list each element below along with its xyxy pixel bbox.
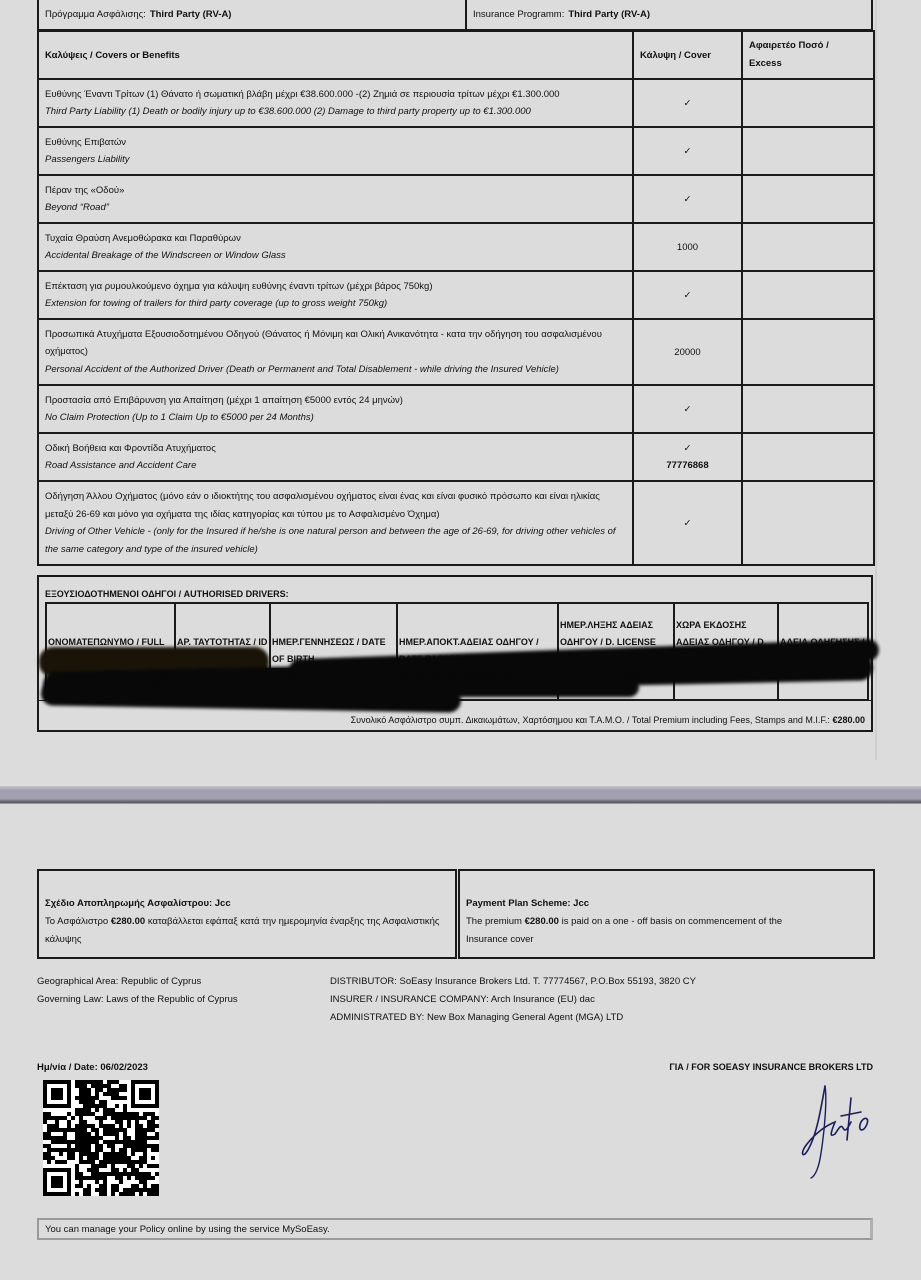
cover-row: Επέκταση για ρυμουλκούμενο όχημα για κάλ…	[38, 271, 874, 319]
cover-english: Driving of Other Vehicle - (only for the…	[45, 523, 626, 558]
administrated-by: ADMINISTRATED BY: New Box Managing Gener…	[330, 1009, 696, 1027]
cover-value: ✓	[633, 271, 742, 319]
cover-description: Ευθύνης Έναντι Τρίτων (1) Θάνατο ή σωματ…	[38, 79, 633, 127]
company-info: DISTRIBUTOR: SoEasy Insurance Brokers Lt…	[330, 973, 696, 1027]
cover-extra-text: 77776868	[640, 457, 735, 474]
header-benefits: Καλύψεις / Covers or Benefits	[38, 31, 633, 79]
covers-table: Καλύψεις / Covers or Benefits Κάλυψη / C…	[37, 30, 875, 566]
cover-value-text: ✓	[640, 287, 735, 304]
cover-row: Προσωπικά Ατυχήματα Εξουσιοδοτημένου Οδη…	[38, 319, 874, 385]
cover-value: ✓	[633, 385, 742, 433]
cover-value: ✓	[633, 79, 742, 127]
cover-description: Οδήγηση Άλλου Οχήματος (μόνο εάν ο ιδιοκ…	[38, 481, 633, 565]
excess-value	[742, 271, 874, 319]
cover-value-text: ✓	[640, 95, 735, 112]
cover-value-text: ✓	[640, 143, 735, 160]
cover-row: Οδήγηση Άλλου Οχήματος (μόνο εάν ο ιδιοκ…	[38, 481, 874, 565]
cover-description: Επέκταση για ρυμουλκούμενο όχημα για κάλ…	[38, 271, 633, 319]
cover-greek: Οδική Βοήθεια και Φροντίδα Ατυχήματος	[45, 440, 626, 458]
cover-greek: Οδήγηση Άλλου Οχήματος (μόνο εάν ο ιδιοκ…	[45, 488, 626, 523]
header-cover: Κάλυψη / Cover	[633, 31, 742, 79]
cover-english: Passengers Liability	[45, 151, 626, 169]
jurisdiction-info: Geographical Area: Republic of Cyprus Go…	[37, 973, 238, 1009]
excess-value	[742, 127, 874, 175]
cover-row: Προστασία από Επιβάρυνση για Απαίτηση (μ…	[38, 385, 874, 433]
cover-value-text: ✓	[640, 191, 735, 208]
cover-greek: Ευθύνης Επιβατών	[45, 134, 626, 152]
cover-english: No Claim Protection (Up to 1 Claim Up to…	[45, 409, 626, 427]
excess-value	[742, 481, 874, 565]
cover-value-text: 1000	[640, 239, 735, 256]
payment-en-text: The premium €280.00 is paid on a one - o…	[466, 913, 826, 949]
signature-label: ΓΙΑ / FOR SOEASY INSURANCE BROKERS LTD	[669, 1062, 873, 1072]
payment-en-amount: €280.00	[525, 916, 559, 927]
cover-value: ✓	[633, 175, 742, 223]
geographical-area: Geographical Area: Republic of Cyprus	[37, 973, 238, 991]
cover-english: Road Assistance and Accident Care	[45, 457, 626, 475]
total-premium-label: Συνολικό Ασφάλιστρο συμπ. Δικαιωμάτων, Χ…	[351, 715, 830, 725]
header-excess: Αφαιρετέο Ποσό / Excess	[742, 31, 874, 79]
cover-value: ✓ 77776868	[633, 433, 742, 481]
payment-gr-text: Το Ασφάλιστρο €280.00 καταβάλλεται εφάπα…	[45, 913, 455, 949]
cover-greek: Προσωπικά Ατυχήματα Εξουσιοδοτημένου Οδη…	[45, 326, 626, 361]
program-greek: Πρόγραμμα Ασφάλισης: Third Party (RV-A)	[39, 0, 467, 29]
program-en-label: Insurance Programm:	[473, 9, 564, 20]
excess-value	[742, 319, 874, 385]
cover-english: Personal Accident of the Authorized Driv…	[45, 361, 626, 379]
cover-english: Third Party Liability (1) Death or bodil…	[45, 103, 626, 121]
payment-en-pre: The premium	[466, 916, 522, 927]
payment-gr-pre: Το Ασφάλιστρο	[45, 916, 108, 927]
payment-gr-title: Σχέδιο Αποπληρωμής Ασφαλίστρου: Jcc	[45, 895, 455, 913]
cover-greek: Ευθύνης Έναντι Τρίτων (1) Θάνατο ή σωματ…	[45, 86, 626, 104]
drivers-title: ΕΞΟΥΣΙΟΔΟΤΗΜΕΝΟΙ ΟΔΗΓΟΙ / AUTHORISED DRI…	[45, 589, 289, 599]
mysoeasy-notice: You can manage your Policy online by usi…	[37, 1218, 873, 1240]
cover-row: Ευθύνης Έναντι Τρίτων (1) Θάνατο ή σωματ…	[38, 79, 874, 127]
program-english: Insurance Programm: Third Party (RV-A)	[467, 0, 650, 29]
excess-value	[742, 79, 874, 127]
cover-description: Προσωπικά Ατυχήματα Εξουσιοδοτημένου Οδη…	[38, 319, 633, 385]
payment-plan-english: Payment Plan Scheme: Jcc The premium €28…	[458, 869, 875, 959]
page-break-divider	[0, 786, 921, 804]
cover-description: Τυχαία Θραύση Ανεμοθώρακα και Παραθύρων …	[38, 223, 633, 271]
issue-date: Ημ/νία / Date: 06/02/2023	[37, 1062, 148, 1073]
excess-line2: Excess	[749, 58, 782, 69]
excess-value	[742, 385, 874, 433]
cover-row: Ευθύνης Επιβατών Passengers Liability ✓	[38, 127, 874, 175]
cover-value: 1000	[633, 223, 742, 271]
insurance-program-row: Πρόγραμμα Ασφάλισης: Third Party (RV-A) …	[37, 0, 873, 31]
payment-gr-amount: €280.00	[111, 916, 145, 927]
total-premium: Συνολικό Ασφάλιστρο συμπ. Δικαιωμάτων, Χ…	[351, 715, 865, 725]
cover-description: Ευθύνης Επιβατών Passengers Liability	[38, 127, 633, 175]
signature-icon	[795, 1078, 885, 1180]
cover-description: Προστασία από Επιβάρυνση για Απαίτηση (μ…	[38, 385, 633, 433]
governing-law: Governing Law: Laws of the Republic of C…	[37, 991, 238, 1009]
distributor: DISTRIBUTOR: SoEasy Insurance Brokers Lt…	[330, 973, 696, 991]
total-premium-value: €280.00	[832, 715, 865, 725]
cover-description: Πέραν της «Οδού» Beyond “Road”	[38, 175, 633, 223]
program-gr-label: Πρόγραμμα Ασφάλισης:	[45, 9, 146, 20]
excess-value	[742, 223, 874, 271]
cover-english: Beyond “Road”	[45, 199, 626, 217]
payment-plan-greek: Σχέδιο Αποπληρωμής Ασφαλίστρου: Jcc Το Α…	[37, 869, 457, 959]
cover-value-text: 20000	[640, 344, 735, 361]
cover-row: Τυχαία Θραύση Ανεμοθώρακα και Παραθύρων …	[38, 223, 874, 271]
cover-greek: Πέραν της «Οδού»	[45, 182, 626, 200]
excess-line1: Αφαιρετέο Ποσό /	[749, 40, 829, 51]
cover-value: 20000	[633, 319, 742, 385]
cover-english: Extension for towing of trailers for thi…	[45, 295, 626, 313]
program-gr-value: Third Party (RV-A)	[150, 9, 232, 20]
insurer: INSURER / INSURANCE COMPANY: Arch Insura…	[330, 991, 696, 1009]
cover-value: ✓	[633, 127, 742, 175]
qr-code-icon	[43, 1080, 159, 1196]
cover-value-text: ✓	[640, 440, 735, 457]
cover-greek: Προστασία από Επιβάρυνση για Απαίτηση (μ…	[45, 392, 626, 410]
cover-greek: Επέκταση για ρυμουλκούμενο όχημα για κάλ…	[45, 278, 626, 296]
payment-en-title: Payment Plan Scheme: Jcc	[466, 895, 873, 913]
cover-description: Οδική Βοήθεια και Φροντίδα Ατυχήματος Ro…	[38, 433, 633, 481]
cover-value: ✓	[633, 481, 742, 565]
cover-row: Πέραν της «Οδού» Beyond “Road” ✓	[38, 175, 874, 223]
excess-value	[742, 175, 874, 223]
cover-value-text: ✓	[640, 401, 735, 418]
excess-value	[742, 433, 874, 481]
covers-header-row: Καλύψεις / Covers or Benefits Κάλυψη / C…	[38, 31, 874, 79]
redaction-mark	[159, 677, 639, 697]
program-en-value: Third Party (RV-A)	[568, 9, 650, 20]
cover-greek: Τυχαία Θραύση Ανεμοθώρακα και Παραθύρων	[45, 230, 626, 248]
cover-row: Οδική Βοήθεια και Φροντίδα Ατυχήματος Ro…	[38, 433, 874, 481]
authorised-drivers-section: ΕΞΟΥΣΙΟΔΟΤΗΜΕΝΟΙ ΟΔΗΓΟΙ / AUTHORISED DRI…	[37, 575, 873, 732]
footer-text: You can manage your Policy online by usi…	[45, 1224, 330, 1235]
cover-english: Accidental Breakage of the Windscreen or…	[45, 247, 626, 265]
cover-value-text: ✓	[640, 515, 735, 532]
